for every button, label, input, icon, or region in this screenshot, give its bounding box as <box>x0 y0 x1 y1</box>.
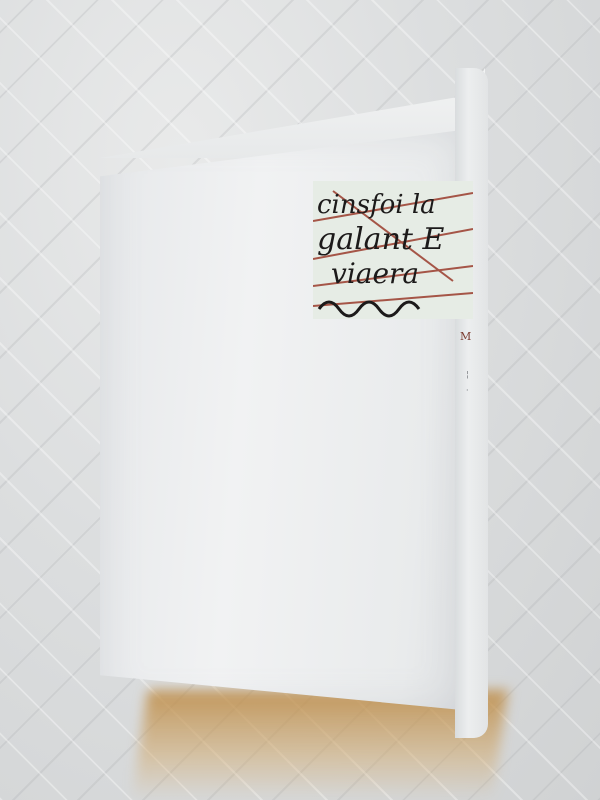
svg-text:cinsfoi la: cinsfoi la <box>317 190 436 220</box>
handwriting-image: cinsfoi la galant E viaera <box>313 181 473 319</box>
svg-text:viaera: viaera <box>331 257 419 290</box>
book-spine <box>455 68 488 738</box>
svg-text:galant E: galant E <box>317 222 444 257</box>
spine-mark: ¦ <box>466 370 469 379</box>
book: cinsfoi la galant E viaera M ¦ · <box>100 68 490 738</box>
spine-title: M <box>460 330 471 343</box>
spine-mark: · <box>466 386 469 395</box>
handwriting-label: cinsfoi la galant E viaera <box>313 181 473 319</box>
